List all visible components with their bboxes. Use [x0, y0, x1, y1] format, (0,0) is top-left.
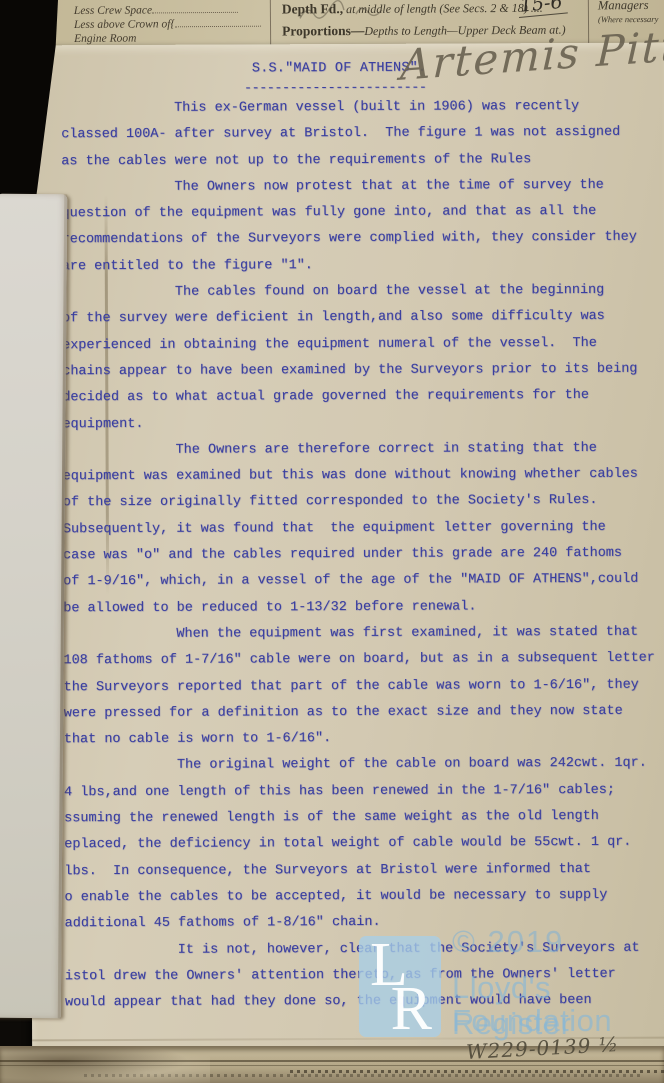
typed-line: that no cable is worn to 1-6/16".: [64, 725, 664, 754]
typed-line: classed 100A- after survey at Bristol. T…: [61, 120, 661, 149]
managers-label: Managers: [598, 0, 649, 12]
form-right-column: Managers (Where necessary: [598, 0, 659, 24]
form-left-line1: Less Crew Space: [74, 3, 261, 18]
typed-line: ssuming the renewed length is of the sam…: [64, 804, 664, 833]
typed-line: experienced in obtaining the equipment n…: [62, 330, 662, 359]
micro-print-row: [290, 1070, 664, 1073]
typed-line: decided as to what actual grade governed…: [62, 383, 662, 412]
typed-line: 108 fathoms of 1-7/16" cable were on boa…: [63, 646, 663, 675]
typed-letter-page: S.S."MAID OF ATHENS". ------------------…: [28, 43, 664, 1062]
typed-line: case was "o" and the cables required und…: [63, 541, 663, 570]
typed-line: of 1-9/16", which, in a vessel of the ag…: [63, 567, 663, 596]
typed-line: When the equipment was first examined, i…: [63, 620, 663, 649]
typed-line: additional 45 fathoms of 1-8/16" chain.: [65, 909, 664, 938]
typed-line: chains appear to have been examined by t…: [62, 357, 662, 386]
typed-line: equipment.: [62, 409, 662, 438]
typed-line: are entitled to the figure "1".: [62, 251, 662, 280]
typed-line: 4 lbs,and one length of this has been re…: [64, 777, 664, 806]
typed-line: This ex-German vessel (built in 1906) wa…: [61, 94, 661, 123]
typed-line: The Owners now protest that at the time …: [61, 173, 661, 202]
form-divider: [270, 0, 271, 51]
typed-line: The Owners are therefore correct in stat…: [63, 435, 663, 464]
typed-line: recommendations of the Surveyors were co…: [62, 225, 662, 254]
crumple-shading: [0, 1046, 210, 1083]
typed-line: eplaced, the deficiency in total weight …: [64, 830, 664, 859]
typed-line: the Surveyors reported that part of the …: [64, 672, 664, 701]
typed-line: istol drew the Owners' attention thereto…: [65, 961, 664, 990]
typed-line: be allowed to be reduced to 1-13/32 befo…: [63, 593, 663, 622]
typed-line: lbs. In consequence, the Surveyors at Br…: [64, 856, 664, 885]
typed-line: of the survey were deficient in length,a…: [62, 304, 662, 333]
form-left-line2: Less above Crown of{: [74, 17, 261, 32]
pencil-scribble: [296, 0, 406, 26]
typed-line: The original weight of the cable on boar…: [64, 751, 664, 780]
scanned-document-page: Less Crew Space Less above Crown of{ Eng…: [0, 0, 664, 1083]
typed-line: were pressed for a definition as to the …: [64, 698, 664, 727]
typed-line: of the size originally fitted correspond…: [63, 488, 663, 517]
typed-line: equipment was examined but this was done…: [63, 462, 663, 491]
overlapping-blank-sheet: [0, 194, 67, 1019]
typed-line: It is not, however, clear that the Socie…: [65, 935, 664, 964]
dotted-rule: [152, 3, 238, 14]
dotted-rule: [175, 17, 261, 28]
typed-line: Subsequently, it was found that the equi…: [63, 514, 663, 543]
typed-line: would appear that had they done so, the …: [65, 988, 664, 1017]
typed-line: o enable the cables to be accepted, it w…: [64, 883, 664, 912]
form-left-column: Less Crew Space Less above Crown of{ Eng…: [74, 3, 261, 46]
typed-line: The cables found on board the vessel at …: [62, 278, 662, 307]
typed-line: as the cables were not up to the require…: [61, 146, 661, 175]
typed-body: This ex-German vessel (built in 1906) wa…: [61, 94, 664, 1017]
typed-line: question of the equipment was fully gone…: [61, 199, 661, 228]
